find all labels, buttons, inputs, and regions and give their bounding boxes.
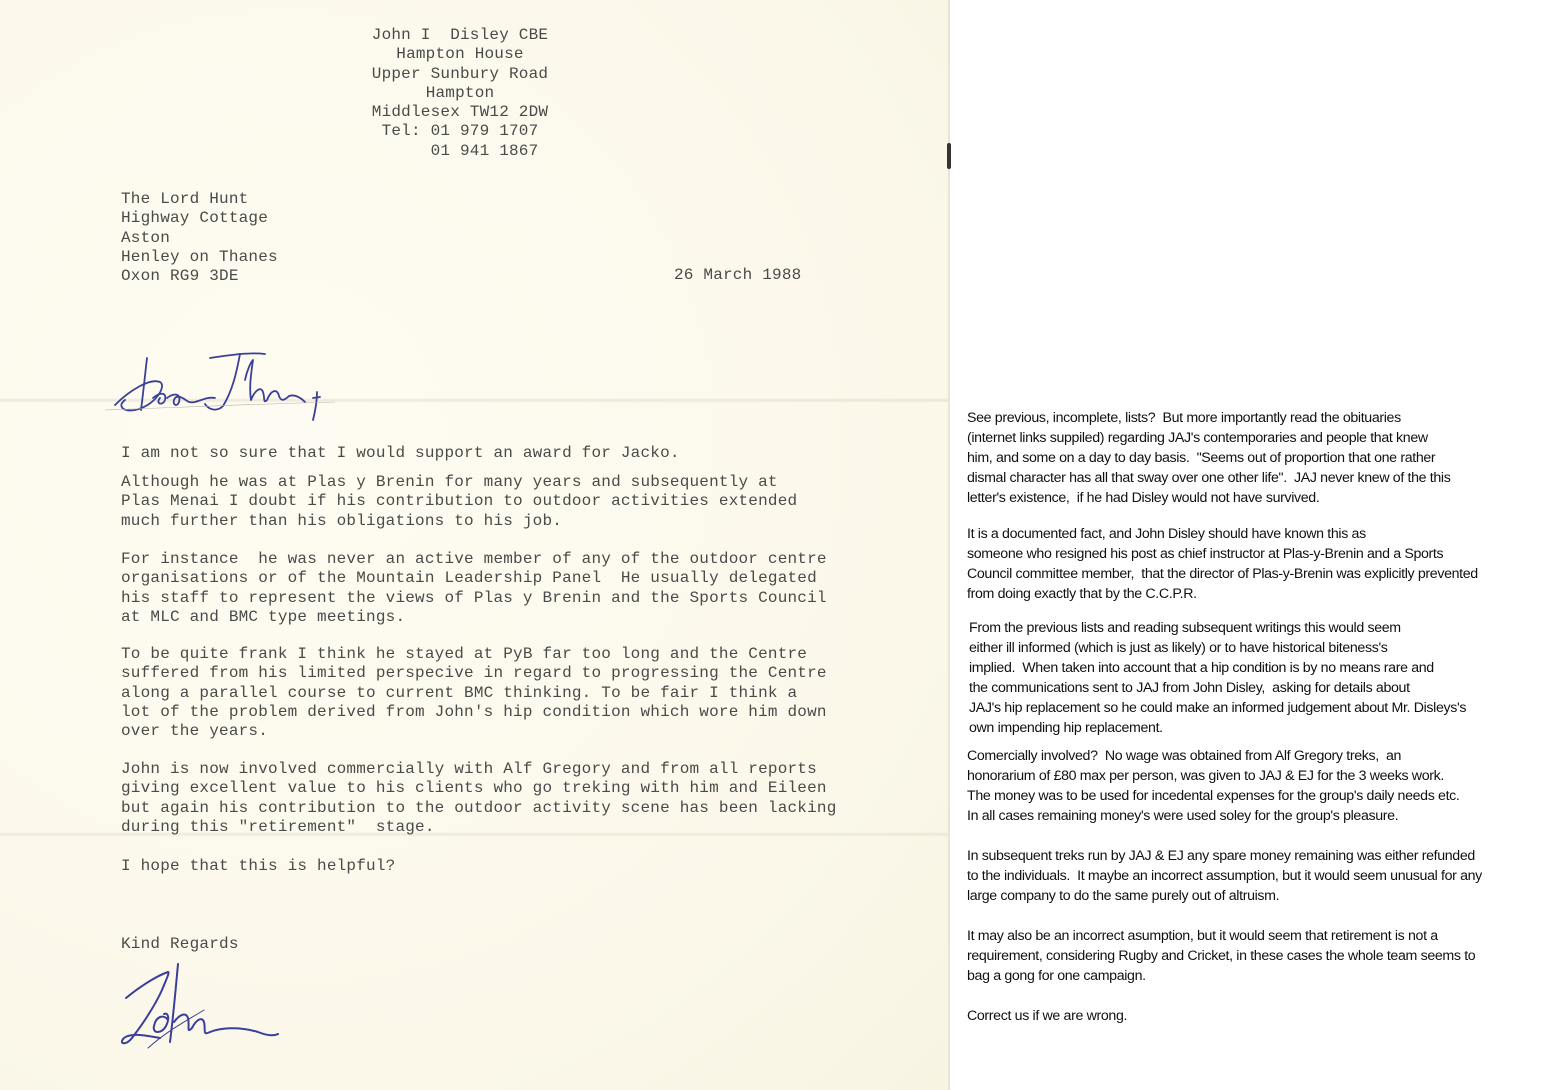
letter-line: lot of the problem derived from John's h… bbox=[121, 703, 841, 722]
letter-line: To be quite frank I think he stayed at P… bbox=[121, 645, 841, 664]
letter-line: I hope that this is helpful? bbox=[121, 857, 841, 876]
letter-date: 26 March 1988 bbox=[674, 266, 801, 284]
letter-line: John is now involved commercially with A… bbox=[121, 760, 841, 779]
annotation-line: (internet links suppiled) regarding JAJ'… bbox=[967, 428, 1562, 448]
letter-line: but again his contribution to the outdoo… bbox=[121, 799, 841, 818]
handwritten-signature bbox=[108, 960, 288, 1060]
letter-line: Plas Menai I doubt if his contribution t… bbox=[121, 492, 841, 511]
letter-line: at MLC and BMC type meetings. bbox=[121, 608, 841, 627]
letter-paragraph: Although he was at Plas y Brenin for man… bbox=[121, 473, 841, 531]
annotation-line: In all cases remaining money's were used… bbox=[967, 806, 1562, 826]
annotation-line: It may also be an incorrect asumption, b… bbox=[967, 926, 1562, 946]
annotation-line: honorarium of £80 max per person, was gi… bbox=[967, 766, 1562, 786]
annotation-line: requirement, considering Rugby and Crick… bbox=[967, 946, 1562, 966]
annotation-line: someone who resigned his post as chief i… bbox=[967, 544, 1562, 564]
sender-line: 01 941 1867 bbox=[360, 142, 560, 161]
letter-paragraph: I hope that this is helpful? bbox=[121, 857, 841, 876]
sender-address-block: John I Disley CBE Hampton House Upper Su… bbox=[360, 26, 560, 161]
annotation-line: Council committee member, that the direc… bbox=[967, 564, 1562, 584]
annotation-line: own impending hip replacement. bbox=[969, 718, 1564, 738]
annotation-line: to the individuals. It maybe an incorrec… bbox=[967, 866, 1562, 886]
scanned-letter: John I Disley CBE Hampton House Upper Su… bbox=[0, 0, 950, 1090]
letter-paragraph: For instance he was never an active memb… bbox=[121, 550, 841, 627]
annotation-line: him, and some on a day to day basis. "Se… bbox=[967, 448, 1562, 468]
annotation-line: The money was to be used for incedental … bbox=[967, 786, 1562, 806]
annotation-line: from doing exactly that by the C.C.P.R. bbox=[967, 584, 1562, 604]
sender-line: John I Disley CBE bbox=[360, 26, 560, 45]
recipient-line: The Lord Hunt bbox=[121, 190, 278, 209]
annotation-line: dismal character has all that sway over … bbox=[967, 468, 1562, 488]
annotation-line: JAJ's hip replacement so he could make a… bbox=[969, 698, 1564, 718]
annotation-line: letter's existence, if he had Disley wou… bbox=[967, 488, 1562, 508]
letter-line: suffered from his limited perspecive in … bbox=[121, 664, 841, 683]
sender-line: Hampton House bbox=[360, 45, 560, 64]
letter-line: over the years. bbox=[121, 722, 841, 741]
letter-line: giving excellent value to his clients wh… bbox=[121, 779, 841, 798]
annotation-paragraph: It is a documented fact, and John Disley… bbox=[967, 524, 1562, 604]
recipient-line: Highway Cottage bbox=[121, 209, 278, 228]
letter-paragraph: John is now involved commercially with A… bbox=[121, 760, 841, 837]
annotation-paragraph: See previous, incomplete, lists? But mor… bbox=[967, 408, 1562, 508]
annotation-line: the communications sent to JAJ from John… bbox=[969, 678, 1564, 698]
sender-line: Hampton bbox=[360, 84, 560, 103]
annotation-line: either ill informed (which is just as li… bbox=[969, 638, 1564, 658]
letter-closing: Kind Regards bbox=[121, 935, 239, 953]
letter-paragraph: I am not so sure that I would support an… bbox=[121, 444, 841, 463]
letter-line: much further than his obligations to his… bbox=[121, 512, 841, 531]
annotation-line: Correct us if we are wrong. bbox=[967, 1006, 1562, 1026]
letter-line: along a parallel course to current BMC t… bbox=[121, 684, 841, 703]
annotation-line: In subsequent treks run by JAJ & EJ any … bbox=[967, 846, 1562, 866]
letter-line: Although he was at Plas y Brenin for man… bbox=[121, 473, 841, 492]
annotation-line: bag a gong for one campaign. bbox=[967, 966, 1562, 986]
annotation-line: Comercially involved? No wage was obtain… bbox=[967, 746, 1562, 766]
recipient-line: Aston bbox=[121, 229, 278, 248]
letter-line: organisations or of the Mountain Leaders… bbox=[121, 569, 841, 588]
recipient-address-block: The Lord Hunt Highway Cottage Aston Henl… bbox=[121, 190, 278, 286]
annotation-line: From the previous lists and reading subs… bbox=[969, 618, 1564, 638]
annotation-paragraph: Comercially involved? No wage was obtain… bbox=[967, 746, 1562, 826]
annotation-paragraph: It may also be an incorrect asumption, b… bbox=[967, 926, 1562, 986]
annotation-paragraph: Correct us if we are wrong. bbox=[967, 1006, 1562, 1026]
sender-line: Tel: 01 979 1707 bbox=[360, 122, 560, 141]
annotation-line: See previous, incomplete, lists? But mor… bbox=[967, 408, 1562, 428]
letter-line: For instance he was never an active memb… bbox=[121, 550, 841, 569]
handwritten-salutation bbox=[105, 340, 335, 435]
sender-line: Upper Sunbury Road bbox=[360, 65, 560, 84]
recipient-line: Henley on Thanes bbox=[121, 248, 278, 267]
annotation-paragraph: In subsequent treks run by JAJ & EJ any … bbox=[967, 846, 1562, 906]
letter-paragraph: To be quite frank I think he stayed at P… bbox=[121, 645, 841, 741]
letter-line: his staff to represent the views of Plas… bbox=[121, 589, 841, 608]
letter-line: I am not so sure that I would support an… bbox=[121, 444, 841, 463]
annotation-line: It is a documented fact, and John Disley… bbox=[967, 524, 1562, 544]
sender-line: Middlesex TW12 2DW bbox=[360, 103, 560, 122]
recipient-line: Oxon RG9 3DE bbox=[121, 267, 278, 286]
annotation-paragraph: From the previous lists and reading subs… bbox=[969, 618, 1564, 738]
paper-edge-mark bbox=[947, 143, 951, 169]
letter-line: during this "retirement" stage. bbox=[121, 818, 841, 837]
annotation-line: implied. When taken into account that a … bbox=[969, 658, 1564, 678]
annotation-line: large company to do the same purely out … bbox=[967, 886, 1562, 906]
